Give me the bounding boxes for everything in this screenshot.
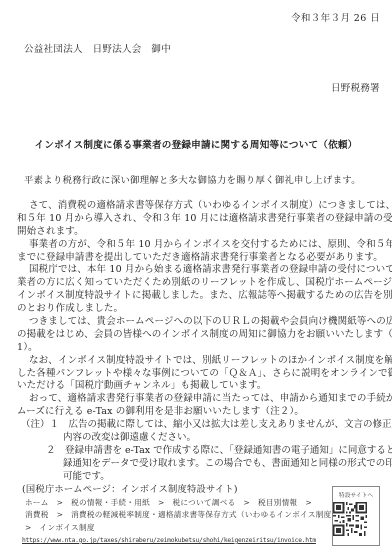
body-line: した各種パンフレットや様々な事例についての「Ｑ＆Ａ」、さらに説明をオンラインで御… — [17, 368, 385, 381]
breadcrumb: > インボイス制度 — [22, 522, 339, 535]
body-line: 開始されます。 — [17, 226, 385, 239]
body-line: 1）。 — [17, 342, 385, 355]
document-title: インボイス制度に係る事業者の登録申請に関する周知等について（依頼） — [0, 137, 392, 151]
note-1-cont: 内容の改変は御遠慮ください。 — [17, 432, 385, 445]
body-line: のとおり作成しました。 — [17, 303, 385, 316]
document-body: さて、消費税の適格請求書等保存方式（いわゆるインボイス制度）につきましては、令 … — [17, 200, 385, 484]
breadcrumb: ホーム > 税の情報・手続・用紙 > 税について調べる > 税目別情報 > — [22, 497, 339, 510]
body-line: いただける「国税庁動画チャンネル」も掲載しています。 — [17, 380, 385, 393]
body-line: までに登録申請書を提出していただき適格請求書発行事業者となる必要があります。 — [17, 252, 385, 265]
body-line: インボイス制度特設サイトに掲載しました。また、広報誌等へ掲載するための広告を別添 — [17, 290, 385, 303]
qr-code-box[interactable]: 特設サイトへ — [332, 486, 380, 546]
breadcrumb: 消費税 > 消費税の軽減税率制度・適格請求書等保存方式（いわゆるインボイス制度） — [22, 509, 339, 522]
body-line: 和５年 10 月から導入され、令和３年 10 月には適格請求書発行事業者の登録申… — [17, 213, 385, 226]
note-1: （注）１ 広告の掲載に際しては、縮小又は拡大は差し支えありませんが、文言の修正等… — [17, 419, 385, 432]
qr-code-icon — [333, 502, 367, 536]
addressee: 公益社団法人 日野法人会 御中 — [24, 41, 171, 55]
sender: 日野税務署 — [331, 80, 380, 94]
body-line: 国税庁では、本年 10 月から始まる適格請求書発行事業者の登録申請の受付について… — [17, 264, 385, 277]
note-2: ２ 登録申請書を e-Tax で作成する際に、「登録通知書の電子通知」に同意する… — [17, 445, 385, 458]
body-line: の掲載をはじめ、会員の皆様へのインボイス制度の周知に御協力をお願いいたします（注 — [17, 329, 385, 342]
body-line: おって、適格請求書発行事業者の登録申請に当たっては、申請から通知までの手続がス — [17, 393, 385, 406]
body-line: 事業者の方が、令和５年 10 月からインボイスを交付するためには、原則、令和５年… — [17, 239, 385, 252]
site-links: (国税庁ホームページ：インボイス制度特設サイト) ホーム > 税の情報・手続・用… — [22, 484, 339, 548]
note-2-cont: 録通知をデータで受け取れます。この場合でも、書面通知と同様の形式での印刷が — [17, 458, 385, 471]
body-line: さて、消費税の適格請求書等保存方式（いわゆるインボイス制度）につきましては、令 — [17, 200, 385, 213]
links-heading: (国税庁ホームページ：インボイス制度特設サイト) — [22, 484, 339, 497]
body-line: 業者の方に広く知っていただくため別紙のリーフレットを作成し、国税庁ホームページの — [17, 277, 385, 290]
invoice-site-url[interactable]: https://www.nta.go.jp/taxes/shiraberu/ze… — [22, 535, 339, 548]
note-2-cont: 可能です。 — [17, 471, 385, 484]
document-date: 令和３年３月 26 日 — [291, 10, 380, 24]
body-line: ムーズに行える e-Tax の御利用を是非お願いいたします（注２）。 — [17, 406, 385, 419]
greeting: 平素より税務行政に深い御理解と多大な御協力を賜り厚く御礼申し上げます。 — [24, 172, 361, 186]
body-line: つきましては、貴会ホームページへの以下のＵＲＬの掲載や会員向け機関紙等への広告 — [17, 316, 385, 329]
body-line: なお、インボイス制度特設サイトでは、別紙リーフレットのほかインボイス制度を解説 — [17, 355, 385, 368]
qr-label: 特設サイトへ — [333, 490, 379, 499]
